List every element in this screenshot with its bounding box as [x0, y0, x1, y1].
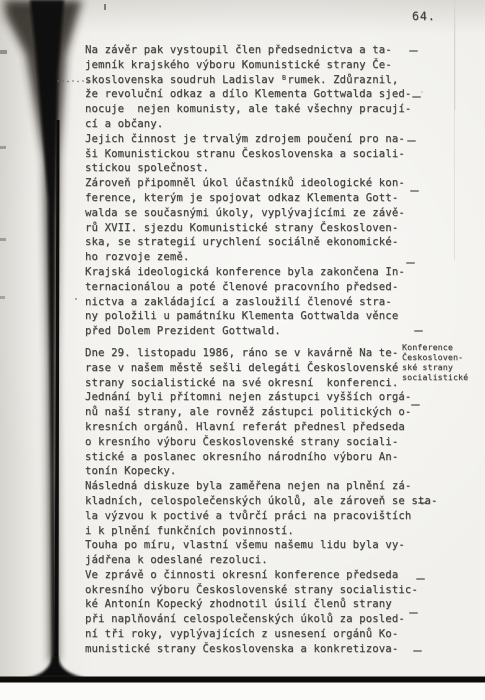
proofing-dash [406, 262, 415, 264]
text-line: Jednání byli přítomni nejen zástupci vyš… [85, 390, 438, 405]
text-line: Jejich činnost je trvalým zdrojem poučen… [85, 132, 438, 147]
text-line: ternacionálou a poté členové pracovního … [85, 280, 438, 295]
text-line: ké Antonín Kopecký zhodnotil úsilí členů… [85, 597, 438, 612]
text-line: před Dolem Prezident Gottwald. [85, 324, 438, 339]
text-line: kladních, celospolečenských úkolů, ale z… [85, 494, 438, 509]
text-line: že revoluční odkaz a dílo Klementa Gottw… [85, 87, 438, 102]
text-line: Zároveň připomněl úkol účastníků ideolog… [85, 176, 438, 191]
text-line: nů naší strany, ale rovněž zástupci poli… [85, 405, 438, 420]
proofing-dash [414, 330, 423, 332]
text-line: walda se současnými úkoly, vyplývajícími… [85, 206, 438, 221]
proofing-dash [410, 190, 419, 192]
text-line: ní tři roky, vyplývajících z usnesení or… [85, 627, 438, 642]
text-line: stickou společnost. [85, 161, 438, 176]
text-line: Krajská ideologická konference byla zako… [85, 265, 438, 280]
page-number: 64. [412, 9, 436, 23]
proofing-dash [411, 404, 420, 406]
text-line: Následná diskuze byla zaměřena nejen na … [85, 479, 438, 494]
text-line: rů XVII. sjezdu Komunistické strany Česk… [85, 221, 438, 236]
text-line: nocuje nejen komunisty, ale také všechny… [85, 102, 438, 117]
proofing-dash [416, 578, 425, 580]
text-line: ny položili u památníku Klementa Gottwal… [85, 309, 438, 324]
text-line: i k plnění funkčních povinností. [85, 524, 438, 539]
proofing-dash [407, 140, 416, 142]
document-body: Na závěr pak vystoupil člen předsednictv… [85, 43, 438, 657]
margin-note-line: Konference [402, 342, 468, 352]
text-line: ho rozvoje země. [85, 250, 438, 265]
text-line: ska, se strategií urychlení sociálně eko… [85, 235, 438, 250]
proofing-dash [412, 96, 421, 98]
margin-note-line: socialistické [402, 372, 468, 382]
proofing-dash [409, 612, 418, 614]
proofing-dash [409, 50, 418, 52]
text-line: munistické strany Československa a konkr… [85, 642, 438, 657]
text-line: Dne 29. listopadu 1986, ráno se v kavárn… [85, 346, 438, 361]
text-line: o kresního výboru Československé strany … [85, 435, 438, 450]
text-line: jádřena k odeslané rezoluci. [85, 553, 438, 568]
text-line: nictva a zakládající a zasloužilí členov… [85, 295, 438, 310]
text-line: la výzvou k poctivé a tvůrčí práci na pr… [85, 509, 438, 524]
scanned-document-photo: 64. Na závěr pak vystoupil člen předsedn… [0, 0, 485, 700]
text-line: kresních orgánů. Hlavní referát přednesl… [85, 420, 438, 435]
text-line [85, 339, 438, 346]
proofing-dash [418, 502, 427, 504]
text-line: Na závěr pak vystoupil člen předsednictv… [85, 43, 438, 58]
text-line: Touha po míru, vlastní všemu našemu lidu… [85, 538, 438, 553]
text-line: ši Komunistickou stranu Československa a… [85, 147, 438, 162]
text-line: rase v našem městě sešli delegáti Českos… [85, 361, 438, 376]
text-line: cí a občany. [85, 117, 438, 132]
text-line: ference, kterým je spojovat odkaz Klemen… [85, 191, 438, 206]
text-line: okresního výboru Československé strany s… [85, 583, 438, 598]
text-line: tonín Kopecky. [85, 464, 438, 479]
text-line: Ve zprávě o činnosti okresní konference … [85, 568, 438, 583]
margin-note: KonferenceČeskosloven-ské stranysocialis… [402, 342, 468, 382]
text-line: jemník krajského výboru Komunistické str… [85, 58, 438, 73]
text-line: skoslovenska soudruh Ladislav ᴮrumek. Zd… [85, 73, 438, 88]
text-line: stické a poslanec okresního národního vý… [85, 450, 438, 465]
margin-note-line: Českosloven- [402, 352, 468, 362]
text-line: při naplňování celospolečenských úkolů z… [85, 612, 438, 627]
text-line: strany socialistické na své okresní konf… [85, 376, 438, 391]
proofing-dash [413, 650, 422, 652]
margin-note-line: ské strany [402, 362, 468, 372]
